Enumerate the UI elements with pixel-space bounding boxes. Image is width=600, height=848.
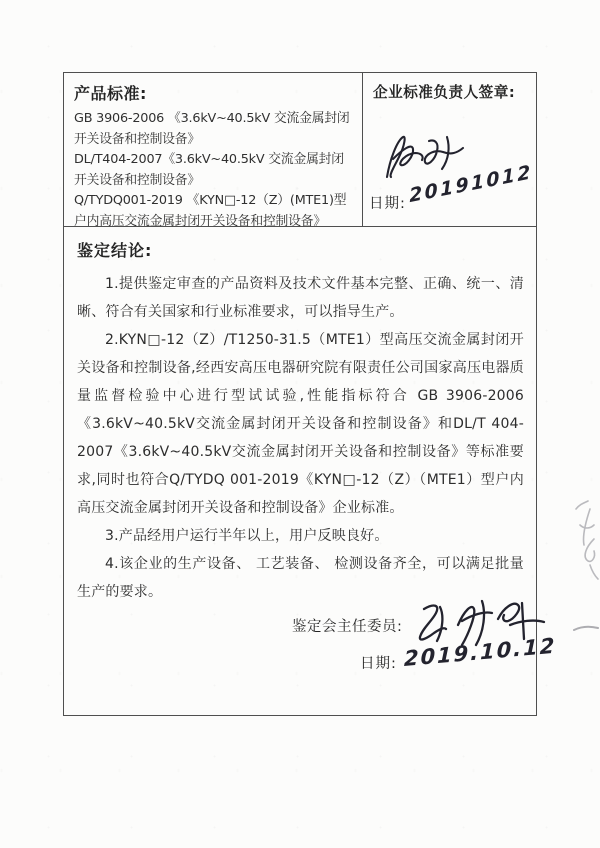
margin-pen-dash [570,620,600,638]
conclusion-paragraph: 1.提供鉴定审查的产品资料及技术文件基本完整、正确、统一、清晰、符合有关国家和行… [77,270,524,326]
conclusion-section: 鉴定结论: 1.提供鉴定审查的产品资料及技术文件基本完整、正确、统一、清晰、符合… [64,227,536,673]
product-standards-label: 产品标准: [74,81,353,104]
company-signer-cell: 企业标准负责人签章: 日期:20191012 [363,73,536,226]
scanned-document-page: { "table": { "product_standards": { "lab… [0,0,600,848]
chairman-label: 鉴定会主任委员: [292,619,402,635]
conclusion-date-row: 日期:2019.10.12 [360,649,524,673]
product-standards-cell: 产品标准: GB 3906-2006 《3.6kV~40.5kV 交流金属封闭开… [64,73,363,226]
standard-item: DL/T404-2007《3.6kV~40.5kV 交流金属封闭开关设备和控制设… [74,150,353,191]
standard-item: Q/TYDQ001-2019 《KYN□-12（Z）(MTE1)型户内高压交流金… [74,191,353,232]
conclusion-label: 鉴定结论: [77,238,524,261]
standards-and-signature-row: 产品标准: GB 3906-2006 《3.6kV~40.5kV 交流金属封闭开… [64,73,536,227]
conclusion-paragraph: 3.产品经用户运行半年以上，用户反映良好。 [77,522,524,550]
conclusion-paragraph: 2.KYN□-12（Z）/T1250-31.5（MTE1）型高压交流金属封闭开关… [77,326,524,522]
appraisal-table: 产品标准: GB 3906-2006 《3.6kV~40.5kV 交流金属封闭开… [63,72,537,716]
date-label: 日期: [360,656,397,672]
company-sign-date-row: 日期:20191012 [369,191,537,213]
date-label: 日期: [369,196,406,212]
company-signer-label: 企业标准负责人签章: [373,81,528,102]
margin-pen-marks [554,495,600,585]
standard-item: GB 3906-2006 《3.6kV~40.5kV 交流金属封闭开关设备和控制… [74,109,353,150]
